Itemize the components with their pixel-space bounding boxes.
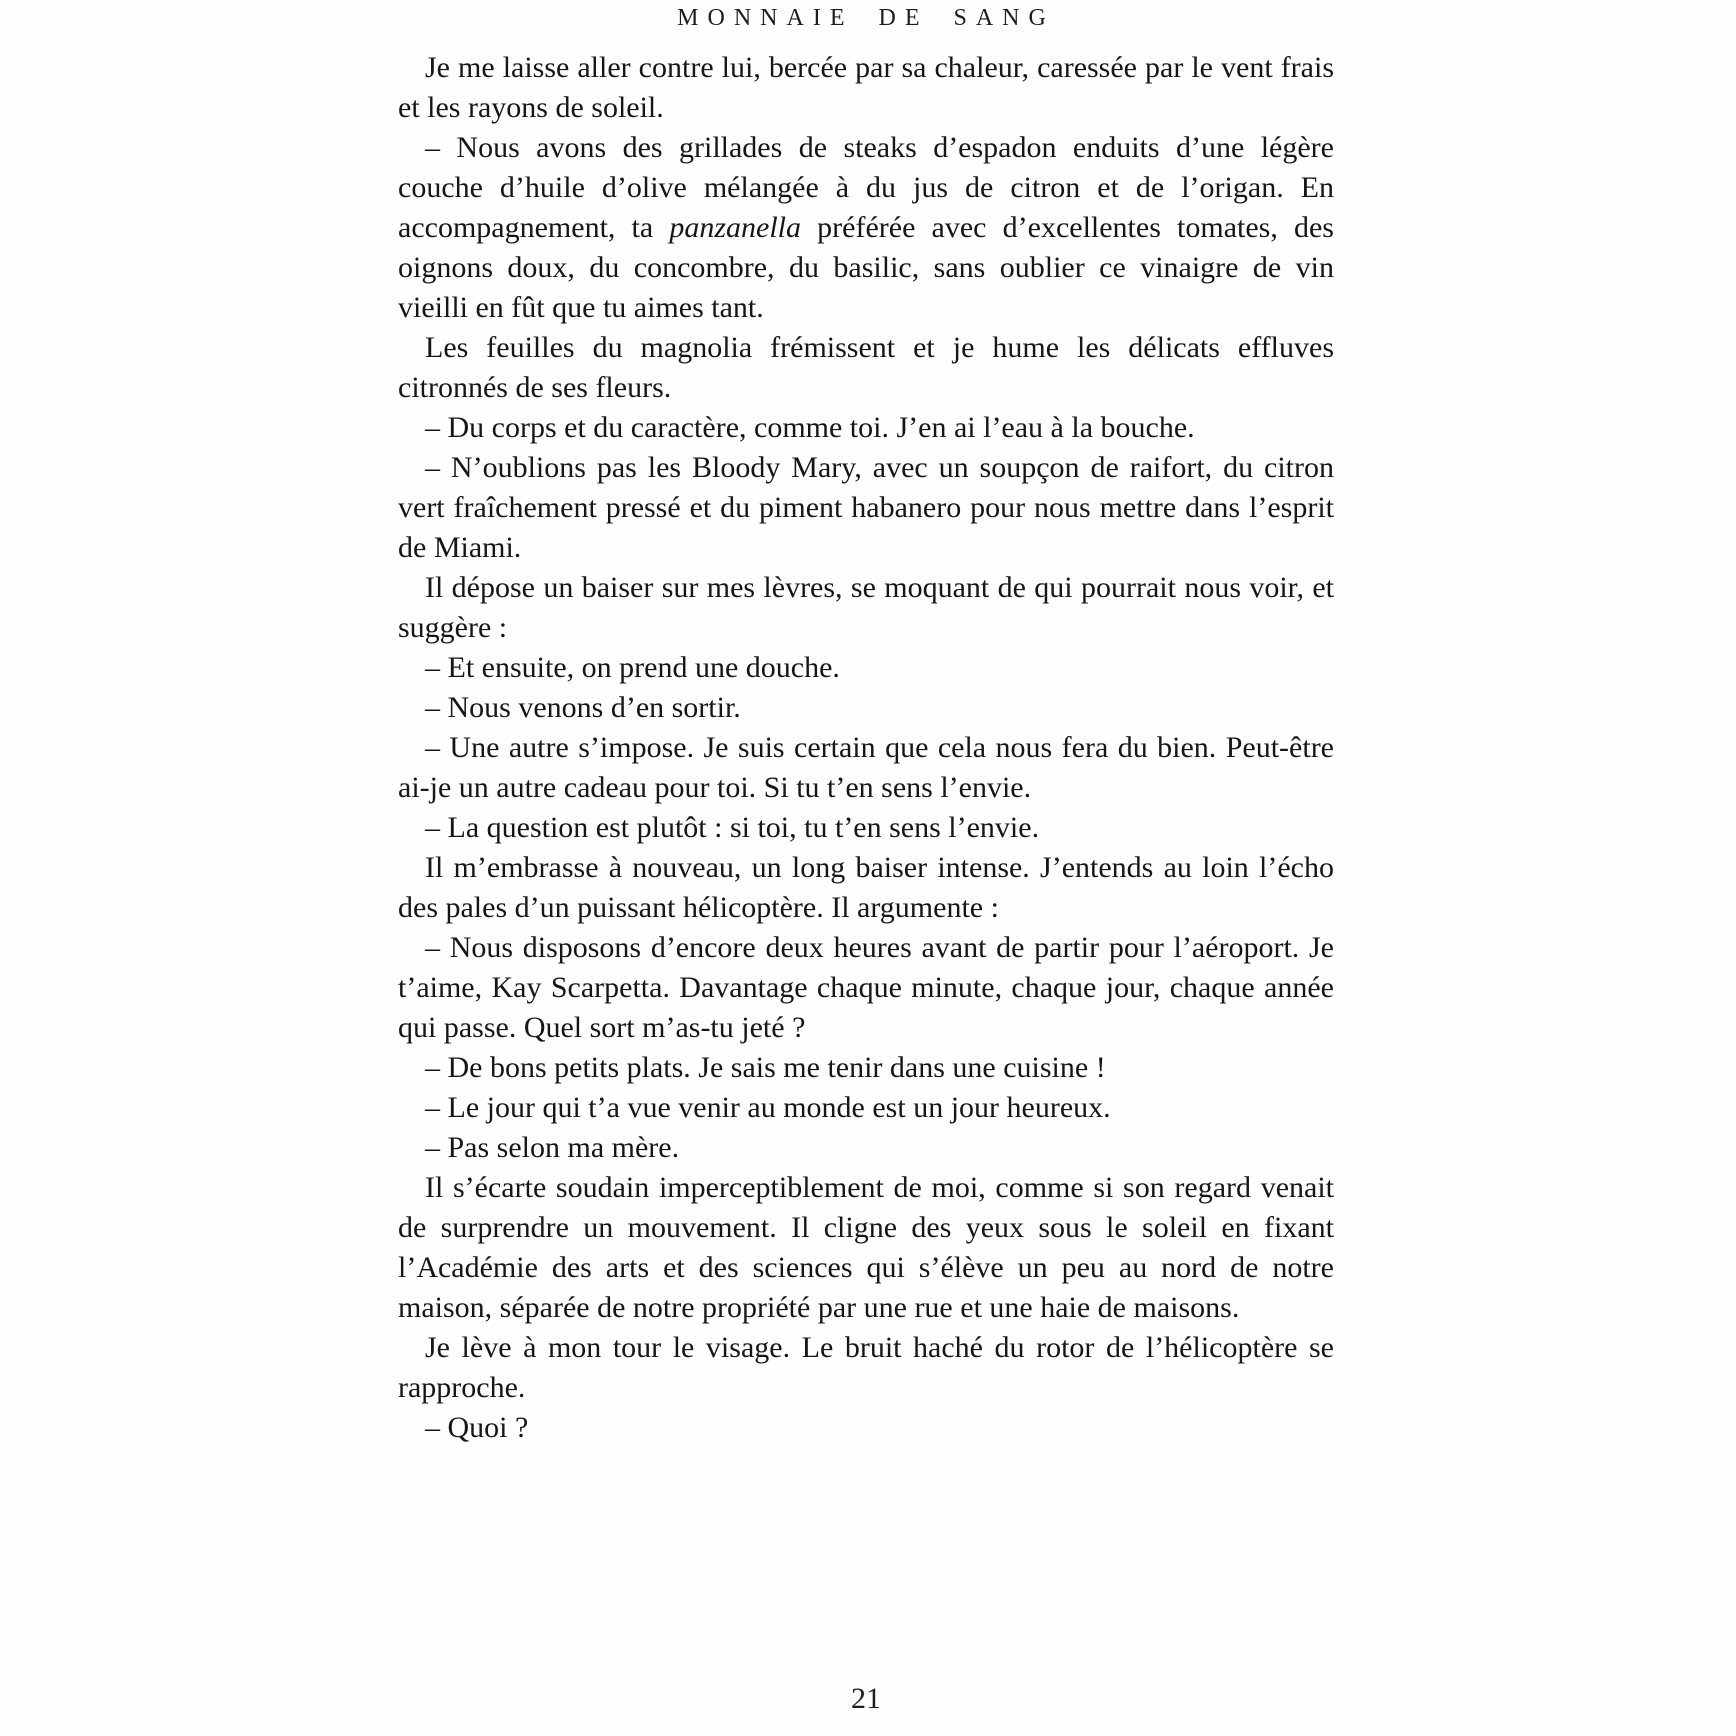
paragraph: – La question est plutôt : si toi, tu t’… xyxy=(398,808,1334,848)
text-segment: – La question est plutôt : si toi, tu t’… xyxy=(425,811,1039,844)
paragraph: – Le jour qui t’a vue venir au monde est… xyxy=(398,1088,1334,1128)
italic-text: panzanella xyxy=(669,211,801,244)
text-segment: Les feuilles du magnolia frémissent et j… xyxy=(398,331,1334,404)
text-segment: – De bons petits plats. Je sais me tenir… xyxy=(425,1051,1106,1084)
text-segment: Je me laisse aller contre lui, bercée pa… xyxy=(398,51,1334,124)
text-segment: – Pas selon ma mère. xyxy=(425,1131,679,1164)
text-segment: – N’oublions pas les Bloody Mary, avec u… xyxy=(398,451,1334,564)
text-segment: Il m’embrasse à nouveau, un long baiser … xyxy=(398,851,1334,924)
text-segment: Il s’écarte soudain imperceptiblement de… xyxy=(398,1171,1334,1324)
paragraph: Il dépose un baiser sur mes lèvres, se m… xyxy=(398,568,1334,648)
book-page: MONNAIE DE SANG Je me laisse aller contr… xyxy=(0,0,1736,1736)
text-block: Je me laisse aller contre lui, bercée pa… xyxy=(398,48,1334,1448)
text-segment: – Une autre s’impose. Je suis certain qu… xyxy=(398,731,1334,804)
paragraph: – Nous venons d’en sortir. xyxy=(398,688,1334,728)
text-segment: Je lève à mon tour le visage. Le bruit h… xyxy=(398,1331,1334,1404)
text-segment: – Et ensuite, on prend une douche. xyxy=(425,651,840,684)
paragraph: – De bons petits plats. Je sais me tenir… xyxy=(398,1048,1334,1088)
paragraph: – Et ensuite, on prend une douche. xyxy=(398,648,1334,688)
page-number: 21 xyxy=(398,1682,1334,1716)
paragraph: Il s’écarte soudain imperceptiblement de… xyxy=(398,1168,1334,1328)
paragraph: – Nous disposons d’encore deux heures av… xyxy=(398,928,1334,1048)
paragraph: Je lève à mon tour le visage. Le bruit h… xyxy=(398,1328,1334,1408)
paragraph: – N’oublions pas les Bloody Mary, avec u… xyxy=(398,448,1334,568)
paragraph: Il m’embrasse à nouveau, un long baiser … xyxy=(398,848,1334,928)
text-segment: – Le jour qui t’a vue venir au monde est… xyxy=(425,1091,1111,1124)
text-segment: – Quoi ? xyxy=(425,1411,528,1444)
text-segment: Il dépose un baiser sur mes lèvres, se m… xyxy=(398,571,1334,644)
paragraph: – Du corps et du caractère, comme toi. J… xyxy=(398,408,1334,448)
paragraph: – Une autre s’impose. Je suis certain qu… xyxy=(398,728,1334,808)
paragraph: Les feuilles du magnolia frémissent et j… xyxy=(398,328,1334,408)
text-segment: – Nous venons d’en sortir. xyxy=(425,691,741,724)
paragraph: Je me laisse aller contre lui, bercée pa… xyxy=(398,48,1334,128)
paragraph: – Nous avons des grillades de steaks d’e… xyxy=(398,128,1334,328)
paragraph: – Quoi ? xyxy=(398,1408,1334,1448)
paragraph: – Pas selon ma mère. xyxy=(398,1128,1334,1168)
running-head: MONNAIE DE SANG xyxy=(398,5,1334,32)
text-segment: – Du corps et du caractère, comme toi. J… xyxy=(425,411,1195,444)
text-segment: – Nous disposons d’encore deux heures av… xyxy=(398,931,1334,1044)
